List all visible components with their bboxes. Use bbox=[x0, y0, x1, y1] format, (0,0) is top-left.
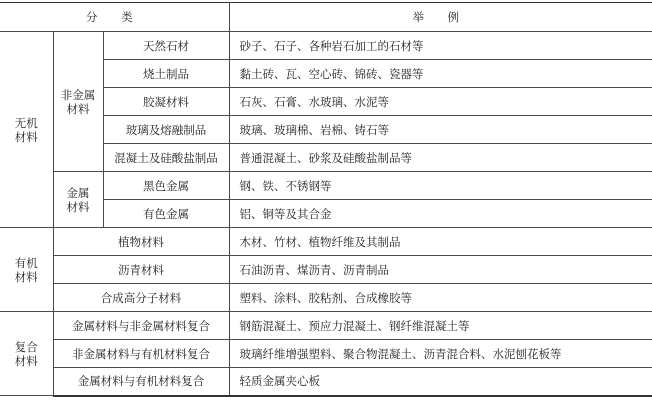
example-cell: 石灰、石膏、水玻璃、水泥等 bbox=[229, 88, 652, 116]
item-cell: 金属材料与有机材料复合 bbox=[53, 368, 229, 396]
table-row: 无机 材料 非金属 材料 天然石材 砂子、石子、各种岩石加工的石材等 bbox=[0, 32, 652, 60]
example-cell: 砂子、石子、各种岩石加工的石材等 bbox=[229, 32, 652, 60]
group-composite: 复合 材料 bbox=[0, 312, 53, 396]
item-cell: 非金属材料与有机材料复合 bbox=[53, 340, 229, 368]
table-row: 复合 材料 金属材料与非金属材料复合 钢筋混凝土、预应力混凝土、钢纤维混凝土等 bbox=[0, 312, 652, 340]
item-cell: 沥青材料 bbox=[53, 256, 229, 284]
example-cell: 塑料、涂料、胶粘剂、合成橡胶等 bbox=[229, 284, 652, 312]
materials-classification-table: 分 类 举 例 无机 材料 非金属 材料 天然石材 砂子、石子、各种岩石加工的石… bbox=[0, 2, 652, 397]
table-row: 有机 材料 植物材料 木材、竹材、植物纤维及其制品 bbox=[0, 228, 652, 256]
table-row: 非金属材料与有机材料复合 玻璃纤维增强塑料、聚合物混凝土、沥青混合料、水泥刨花板… bbox=[0, 340, 652, 368]
example-cell: 石油沥青、煤沥青、沥青制品 bbox=[229, 256, 652, 284]
subgroup-metal: 金属 材料 bbox=[53, 172, 103, 228]
item-cell: 黑色金属 bbox=[103, 172, 229, 200]
group-inorganic: 无机 材料 bbox=[0, 32, 53, 228]
item-cell: 植物材料 bbox=[53, 228, 229, 256]
example-cell: 钢筋混凝土、预应力混凝土、钢纤维混凝土等 bbox=[229, 312, 652, 340]
item-cell: 天然石材 bbox=[103, 32, 229, 60]
header-category: 分 类 bbox=[0, 3, 229, 32]
item-cell: 混凝土及硅酸盐制品 bbox=[103, 144, 229, 172]
example-cell: 黏土砖、瓦、空心砖、锦砖、瓷器等 bbox=[229, 60, 652, 88]
example-cell: 铝、铜等及其合金 bbox=[229, 200, 652, 228]
table-row: 沥青材料 石油沥青、煤沥青、沥青制品 bbox=[0, 256, 652, 284]
item-cell: 胶凝材料 bbox=[103, 88, 229, 116]
example-cell: 轻质金属夹心板 bbox=[229, 368, 652, 396]
item-cell: 合成高分子材料 bbox=[53, 284, 229, 312]
header-examples: 举 例 bbox=[229, 3, 652, 32]
item-cell: 金属材料与非金属材料复合 bbox=[53, 312, 229, 340]
example-cell: 玻璃、玻璃棉、岩棉、铸石等 bbox=[229, 116, 652, 144]
example-cell: 钢、铁、不锈钢等 bbox=[229, 172, 652, 200]
table-row: 合成高分子材料 塑料、涂料、胶粘剂、合成橡胶等 bbox=[0, 284, 652, 312]
table-row: 金属材料与有机材料复合 轻质金属夹心板 bbox=[0, 368, 652, 396]
header-row: 分 类 举 例 bbox=[0, 3, 652, 32]
item-cell: 烧土制品 bbox=[103, 60, 229, 88]
item-cell: 有色金属 bbox=[103, 200, 229, 228]
example-cell: 普通混凝土、砂浆及硅酸盐制品等 bbox=[229, 144, 652, 172]
subgroup-nonmetal: 非金属 材料 bbox=[53, 32, 103, 172]
group-organic: 有机 材料 bbox=[0, 228, 53, 312]
example-cell: 玻璃纤维增强塑料、聚合物混凝土、沥青混合料、水泥刨花板等 bbox=[229, 340, 652, 368]
item-cell: 玻璃及熔融制品 bbox=[103, 116, 229, 144]
table-row: 金属 材料 黑色金属 钢、铁、不锈钢等 bbox=[0, 172, 652, 200]
example-cell: 木材、竹材、植物纤维及其制品 bbox=[229, 228, 652, 256]
